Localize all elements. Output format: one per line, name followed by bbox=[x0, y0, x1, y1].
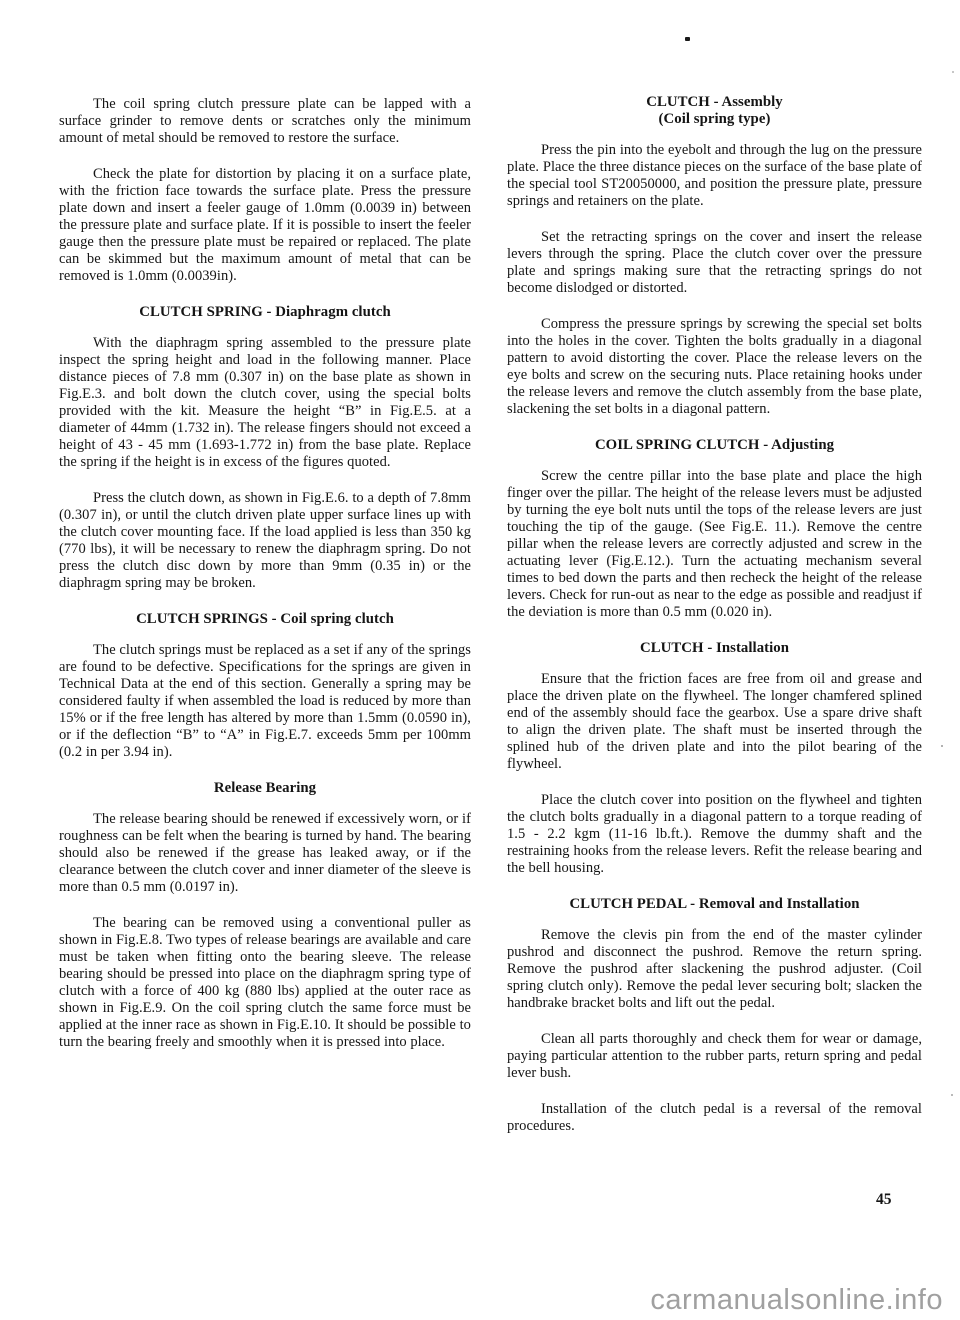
paragraph-clean-all-parts: Clean all parts thoroughly and check the… bbox=[507, 1031, 922, 1082]
left-column: The coil spring clutch pressure plate ca… bbox=[59, 0, 471, 1070]
watermark-text: carmanualsonline.info bbox=[650, 1284, 943, 1317]
section-heading-clutch-assembly: CLUTCH - Assembly (Coil spring type) bbox=[507, 94, 922, 128]
section-heading-coil-spring-adjusting: COIL SPRING CLUTCH - Adjusting bbox=[507, 437, 922, 454]
paragraph-press-pin-eyebolt: Press the pin into the eyebolt and throu… bbox=[507, 142, 922, 210]
scan-artifact-speck bbox=[952, 71, 954, 73]
scan-artifact-speck bbox=[941, 745, 943, 747]
paragraph-diaphragm-spring-height: With the diaphragm spring assembled to t… bbox=[59, 335, 471, 471]
heading-clutch-assembly-line1: CLUTCH - Assembly bbox=[507, 94, 922, 111]
paragraph-release-bearing-renewal: The release bearing should be renewed if… bbox=[59, 811, 471, 896]
section-heading-clutch-pedal: CLUTCH PEDAL - Removal and Installation bbox=[507, 896, 922, 913]
scan-artifact-speck bbox=[951, 1094, 953, 1096]
paragraph-press-clutch-down: Press the clutch down, as shown in Fig.E… bbox=[59, 490, 471, 592]
paragraph-pressure-plate-lapping: The coil spring clutch pressure plate ca… bbox=[59, 96, 471, 147]
paragraph-friction-faces: Ensure that the friction faces are free … bbox=[507, 671, 922, 773]
paragraph-retracting-springs: Set the retracting springs on the cover … bbox=[507, 229, 922, 297]
paragraph-clutch-cover-position: Place the clutch cover into position on … bbox=[507, 792, 922, 877]
paragraph-installation-reversal: Installation of the clutch pedal is a re… bbox=[507, 1101, 922, 1135]
paragraph-clevis-pin-removal: Remove the clevis pin from the end of th… bbox=[507, 927, 922, 1012]
paragraph-clutch-springs-replacement: The clutch springs must be replaced as a… bbox=[59, 642, 471, 761]
paragraph-bearing-removal: The bearing can be removed using a conve… bbox=[59, 915, 471, 1051]
section-heading-clutch-springs-coil: CLUTCH SPRINGS - Coil spring clutch bbox=[59, 611, 471, 628]
section-heading-clutch-installation: CLUTCH - Installation bbox=[507, 640, 922, 657]
heading-clutch-assembly-line2: (Coil spring type) bbox=[507, 111, 922, 128]
right-column: CLUTCH - Assembly (Coil spring type) Pre… bbox=[507, 0, 922, 1154]
paragraph-centre-pillar-adjustment: Screw the centre pillar into the base pl… bbox=[507, 468, 922, 621]
paragraph-plate-distortion-check: Check the plate for distortion by placin… bbox=[59, 166, 471, 285]
section-heading-release-bearing: Release Bearing bbox=[59, 780, 471, 797]
paragraph-compress-pressure-springs: Compress the pressure springs by screwin… bbox=[507, 316, 922, 418]
page-number: 45 bbox=[876, 1191, 892, 1209]
scan-artifact-speck bbox=[685, 37, 690, 41]
manual-page: The coil spring clutch pressure plate ca… bbox=[0, 0, 960, 1320]
section-heading-clutch-spring-diaphragm: CLUTCH SPRING - Diaphragm clutch bbox=[59, 304, 471, 321]
